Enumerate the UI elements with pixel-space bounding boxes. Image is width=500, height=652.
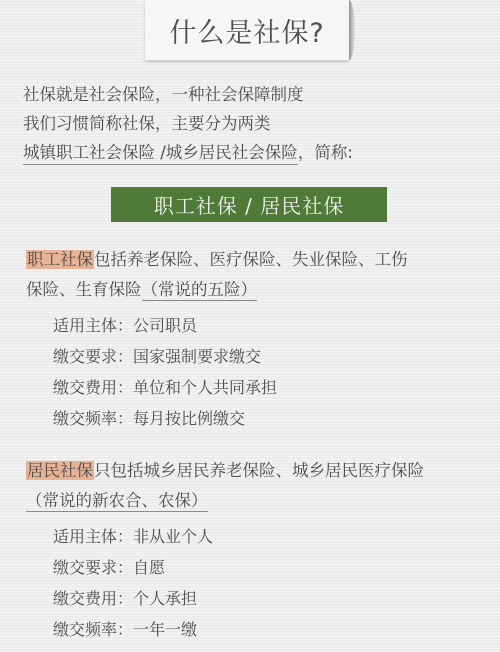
detail-row: 适用主体：公司职员 bbox=[53, 310, 408, 341]
detail-label: 缴交费用： bbox=[53, 378, 133, 397]
section-note-underlined: （常说的新农合、农保） bbox=[26, 491, 208, 512]
detail-list: 适用主体：公司职员 缴交要求：国家强制要求缴交 缴交费用：单位和个人共同承担 缴… bbox=[53, 310, 408, 434]
detail-label: 缴交要求： bbox=[53, 558, 133, 577]
section-desc-text: 包括养老保险、医疗保险、失业保险、工伤 bbox=[94, 250, 408, 269]
title-card: 什么是社保? bbox=[145, 0, 349, 60]
detail-value: 单位和个人共同承担 bbox=[133, 378, 277, 397]
detail-label: 缴交费用： bbox=[53, 589, 133, 608]
detail-label: 缴交要求： bbox=[53, 347, 133, 366]
detail-label: 缴交频率： bbox=[53, 620, 133, 639]
section-resident-insurance: 居民社保只包括城乡居民养老保险、城乡居民医疗保险 （常说的新农合、农保） 适用主… bbox=[26, 456, 424, 645]
section-desc-text: 只包括城乡居民养老保险、城乡居民医疗保险 bbox=[94, 461, 424, 480]
detail-value: 每月按比例缴交 bbox=[133, 409, 245, 428]
detail-row: 缴交费用：个人承担 bbox=[53, 583, 424, 614]
paper-curl-decoration bbox=[349, 0, 355, 60]
section-desc-line-2: 保险、生育保险（常说的五险） bbox=[26, 275, 408, 305]
detail-value: 非从业个人 bbox=[133, 527, 213, 546]
section-desc-line-1: 居民社保只包括城乡居民养老保险、城乡居民医疗保险 bbox=[26, 456, 424, 486]
section-employee-insurance: 职工社保包括养老保险、医疗保险、失业保险、工伤 保险、生育保险（常说的五险） 适… bbox=[26, 245, 408, 434]
category-banner: 职工社保 / 居民社保 bbox=[111, 187, 387, 222]
detail-row: 缴交频率：每月按比例缴交 bbox=[53, 403, 408, 434]
detail-value: 国家强制要求缴交 bbox=[133, 347, 261, 366]
page-title: 什么是社保? bbox=[169, 11, 324, 50]
insurance-types-underlined: 城镇职工社会保险 /城乡居民社会保险 bbox=[23, 143, 298, 165]
detail-row: 缴交费用：单位和个人共同承担 bbox=[53, 372, 408, 403]
detail-value: 个人承担 bbox=[133, 589, 197, 608]
detail-list: 适用主体：非从业个人 缴交要求：自愿 缴交费用：个人承担 缴交频率：一年一缴 bbox=[53, 521, 424, 645]
section-note-underlined: （常说的五险） bbox=[142, 280, 258, 301]
highlight-term: 职工社保 bbox=[26, 250, 94, 269]
intro-line-3-rest: ，简称: bbox=[298, 143, 353, 162]
detail-value: 自愿 bbox=[133, 558, 165, 577]
section-desc-line-2: （常说的新农合、农保） bbox=[26, 486, 424, 516]
banner-text: 职工社保 / 居民社保 bbox=[154, 190, 344, 219]
detail-label: 缴交频率： bbox=[53, 409, 133, 428]
detail-row: 缴交频率：一年一缴 bbox=[53, 614, 424, 645]
detail-row: 适用主体：非从业个人 bbox=[53, 521, 424, 552]
intro-paragraph: 社保就是社会保险，一种社会保障制度 我们习惯简称社保，主要分为两类 城镇职工社会… bbox=[23, 80, 353, 167]
detail-value: 公司职员 bbox=[133, 316, 197, 335]
detail-value: 一年一缴 bbox=[133, 620, 197, 639]
detail-row: 缴交要求：自愿 bbox=[53, 552, 424, 583]
detail-row: 缴交要求：国家强制要求缴交 bbox=[53, 341, 408, 372]
highlight-term: 居民社保 bbox=[26, 461, 94, 480]
detail-label: 适用主体： bbox=[53, 316, 133, 335]
intro-line-1: 社保就是社会保险，一种社会保障制度 bbox=[23, 80, 353, 109]
detail-label: 适用主体： bbox=[53, 527, 133, 546]
section-desc-text-2: 保险、生育保险 bbox=[26, 280, 142, 299]
intro-line-2: 我们习惯简称社保，主要分为两类 bbox=[23, 109, 353, 138]
intro-line-3: 城镇职工社会保险 /城乡居民社会保险，简称: bbox=[23, 138, 353, 167]
section-desc-line-1: 职工社保包括养老保险、医疗保险、失业保险、工伤 bbox=[26, 245, 408, 275]
